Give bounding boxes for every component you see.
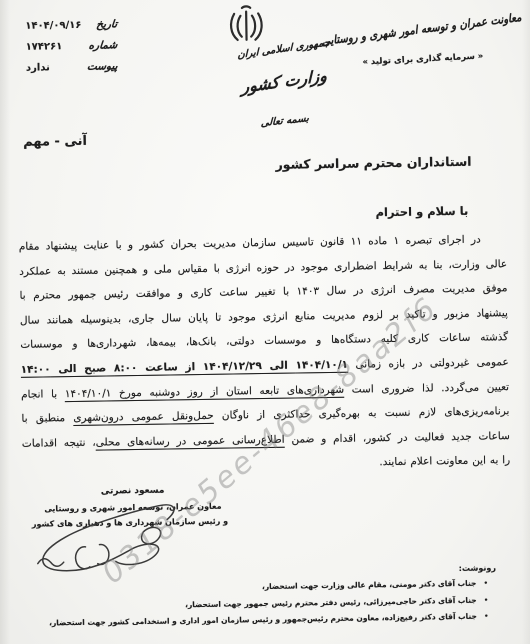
recipient-line: استانداران محترم سراسر کشور: [275, 154, 471, 172]
body-text-segment: با انجام: [21, 388, 65, 401]
date-field: تاریخ ۱۴۰۴/۰۹/۱۶: [25, 18, 117, 31]
body-text-segment: موفق مدیریت مصرف انرژی در سال ۱۴۰۳ با تغ…: [19, 282, 507, 302]
body-text-segment: ۱۴۰۴/۱۰/۱ الی ۱۴۰۴/۱۲/۲۹ از ساعت ۸:۰۰ صب…: [21, 359, 349, 376]
body-text-segment: ساعات جدید فعالیت در کشور، اقدام و ضمن: [285, 430, 510, 446]
number-field: شماره ۱۷۴۲۶۱: [26, 39, 118, 52]
body-text-segment: عالی وزارت، بنا به شرایط اضطراری موجود د…: [19, 258, 507, 278]
salutation-line: با سلام و احترام: [375, 204, 468, 219]
priority-stamp: آنی - مهم: [23, 134, 87, 150]
date-value: ۱۴۰۴/۰۹/۱۶: [25, 20, 81, 32]
department-title: معاونت عمران و توسعه امور شهری و روستایی: [346, 10, 522, 45]
letter-content: تاریخ ۱۴۰۴/۰۹/۱۶ شماره ۱۷۴۲۶۱ پیوست ندار…: [0, 0, 530, 644]
scanned-letter: تاریخ ۱۴۰۴/۰۹/۱۶ شماره ۱۷۴۲۶۱ پیوست ندار…: [0, 0, 530, 644]
body-text-segment: در اجرای تبصره ۱ ماده ۱۱ قانون تاسیس ساز…: [19, 234, 481, 253]
ministry-title: وزارت کشور: [237, 65, 332, 97]
body-text-segment: را به این معاونت اعلام نمایند.: [379, 455, 510, 469]
body-text-segment: ، نتیجه اقدامات: [22, 436, 96, 449]
attachment-label: پیوست: [87, 60, 119, 72]
cc-section: رونوشت: •جناب آقای دکتر مومنی، مقام عالی…: [12, 563, 497, 632]
body-text-segment: تعیین می‌گردد. لذا ضروری است: [344, 381, 509, 396]
body-text-segment: برنامه‌ریزی‌های لازم نسبت به بهره‌گیری ح…: [214, 405, 510, 422]
body-text-segment: گذشته ساعات کاری کلیه دستگاه‌ها و موسسات…: [20, 332, 508, 352]
slogan: « سرمایه گذاری برای تولید »: [348, 51, 498, 69]
bullet-icon: •: [484, 592, 489, 609]
attachment-value: ندارد: [26, 62, 50, 73]
body-text-segment: منطبق با: [21, 412, 73, 425]
date-label: تاریخ: [96, 18, 118, 30]
bullet-icon: •: [484, 609, 489, 626]
body-text-segment: حمل‌ونقل عمومی درون‌شهری: [73, 410, 214, 424]
letter-meta-fields: تاریخ ۱۴۰۴/۰۹/۱۶ شماره ۱۷۴۲۶۱ پیوست ندار…: [25, 18, 118, 82]
number-label: شماره: [88, 39, 118, 51]
bullet-icon: •: [483, 576, 488, 593]
attachment-field: پیوست ندارد: [26, 60, 118, 73]
cc-list: •جناب آقای دکتر مومنی، مقام عالی وزارت ج…: [12, 575, 497, 632]
iran-emblem-icon: [223, 4, 270, 51]
basmala: بسمه تعالی: [245, 112, 325, 131]
number-value: ۱۷۴۲۶۱: [26, 41, 63, 53]
